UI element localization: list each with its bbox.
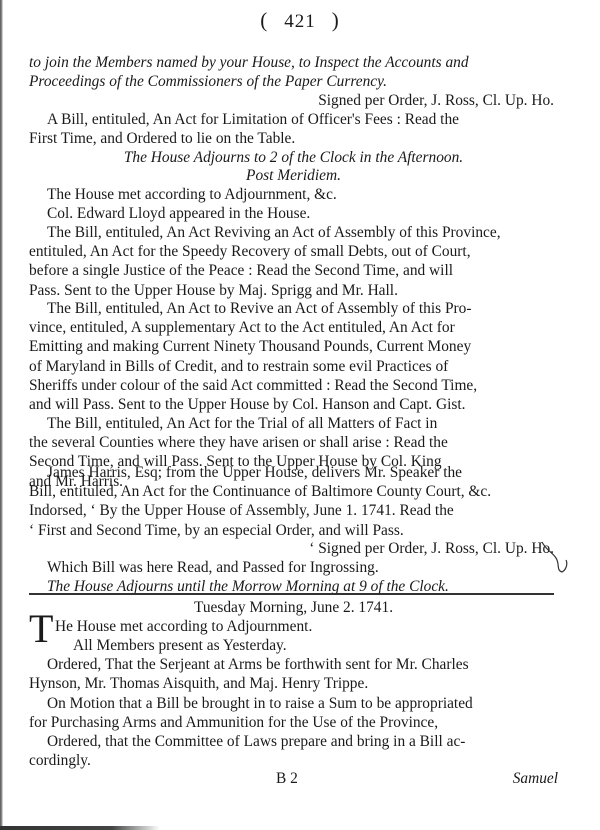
engrossing-line: Which Bill was here Read, and Passed for… (29, 558, 558, 577)
section-divider (29, 593, 554, 595)
ink-mark-icon (540, 540, 570, 575)
ordered-serjeant-paragraph: Ordered, That the Serjeant at Arms be fo… (29, 655, 558, 693)
adjourn-afternoon: The House Adjourns to 2 of the Clock in … (29, 130, 558, 167)
house-met-paragraph: The House met according to Adjournment, … (29, 185, 558, 223)
baltimore-signature: ‘ Signed per Order, J. Ross, Cl. Up. Ho. (25, 539, 554, 558)
scan-left-edge (0, 0, 3, 830)
tuesday-paragraph: He House met according to Adjournment. A… (29, 617, 558, 655)
post-meridiem-heading: Post Meridiem. (29, 166, 558, 185)
page-number-value: 421 (284, 11, 316, 32)
drop-cap: T (29, 611, 53, 647)
tuesday-heading: Tuesday Morning, June 2. 1741. (29, 598, 558, 617)
motion-paragraph: On Motion that a Bill be brought in to r… (29, 694, 558, 732)
signature-mark: B 2 (276, 770, 298, 788)
page-number: (421) (0, 8, 600, 33)
opening-paragraph: to join the Members named by your House,… (29, 53, 558, 91)
catchword: Samuel (513, 770, 558, 788)
bill-baltimore-paragraph: James Harris, Esq; from the Upper House,… (29, 463, 558, 540)
bill-small-debts-paragraph: The Bill, entituled, An Act Reviving an … (29, 223, 558, 300)
opening-signature: Signed per Order, J. Ross, Cl. Up. Ho. (25, 91, 554, 110)
ordered-committee-paragraph: Ordered, that the Committee of Laws prep… (29, 732, 558, 770)
bill-supplementary-paragraph: The Bill, entituled, An Act to Revive an… (29, 299, 558, 414)
scan-bottom-edge (0, 826, 160, 830)
